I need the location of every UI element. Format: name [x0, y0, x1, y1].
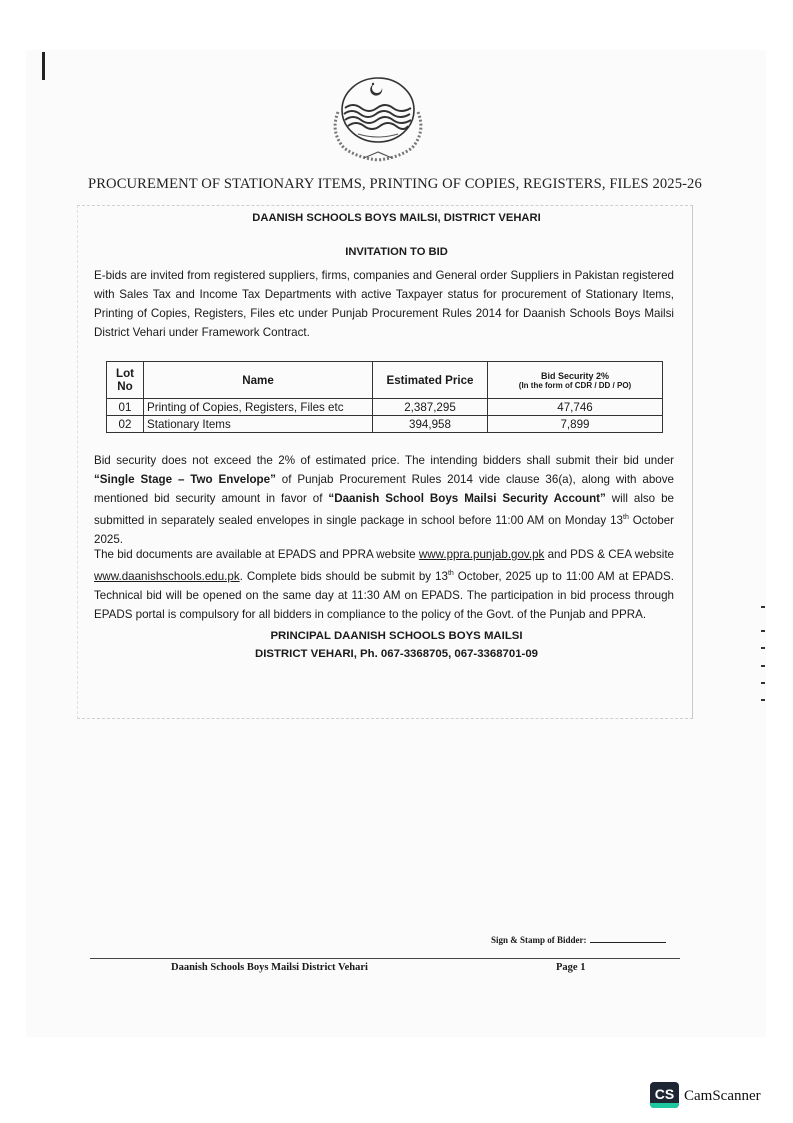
- lot-name: Stationary Items: [144, 416, 373, 433]
- bid-security: 47,746: [488, 399, 663, 416]
- header-estimated-price: Estimated Price: [373, 362, 488, 399]
- text-run: Bid security does not exceed the 2% of e…: [94, 454, 674, 467]
- security-paragraph: Bid security does not exceed the 2% of e…: [94, 451, 674, 549]
- signoff-contact: DISTRICT VEHARI, Ph. 067-3368705, 067-33…: [0, 648, 793, 660]
- text-run: The bid documents are available at EPADS…: [94, 548, 419, 561]
- lots-table: Lot No Name Estimated Price Bid Security…: [106, 361, 663, 433]
- estimated-price: 2,387,295: [373, 399, 488, 416]
- table-row: 01 Printing of Copies, Registers, Files …: [107, 399, 663, 416]
- header-name: Name: [144, 362, 373, 399]
- table-header-row: Lot No Name Estimated Price Bid Security…: [107, 362, 663, 399]
- estimated-price: 394,958: [373, 416, 488, 433]
- table-row: 02 Stationary Items 394,958 7,899: [107, 416, 663, 433]
- footer-school-name: Daanish Schools Boys Mailsi District Veh…: [171, 962, 368, 973]
- header-bid-security-label: Bid Security 2%: [491, 371, 659, 381]
- text-run: . Complete bids should be submit by 13: [240, 570, 448, 583]
- signature-line: [590, 942, 666, 943]
- ppra-website-link[interactable]: www.ppra.punjab.gov.pk: [419, 548, 544, 561]
- security-account-emphasis: “Daanish School Boys Mailsi Security Acc…: [328, 492, 605, 505]
- intro-paragraph: E-bids are invited from registered suppl…: [94, 266, 674, 342]
- documents-paragraph: The bid documents are available at EPADS…: [94, 545, 674, 624]
- daanish-website-link[interactable]: www.daanishschools.edu.pk: [94, 570, 240, 583]
- school-title: DAANISH SCHOOLS BOYS MAILSI, DISTRICT VE…: [0, 212, 793, 224]
- bid-security: 7,899: [488, 416, 663, 433]
- text-run: and PDS & CEA website: [544, 548, 674, 561]
- header-bid-security: Bid Security 2% (In the form of CDR / DD…: [488, 362, 663, 399]
- lot-no: 01: [107, 399, 144, 416]
- sign-stamp-label: Sign & Stamp of Bidder:: [491, 935, 587, 945]
- page-number: Page 1: [556, 962, 585, 973]
- sign-stamp-field: Sign & Stamp of Bidder:: [491, 935, 666, 945]
- scan-edge-mark: [42, 52, 45, 80]
- invitation-title: INVITATION TO BID: [0, 246, 793, 258]
- header-bid-security-sub: (In the form of CDR / DD / PO): [491, 381, 659, 390]
- camscanner-watermark: CamScanner: [684, 1088, 761, 1105]
- lot-name: Printing of Copies, Registers, Files etc: [144, 399, 373, 416]
- header-lot-no: Lot No: [107, 362, 144, 399]
- footer-divider: [90, 958, 680, 959]
- lot-no: 02: [107, 416, 144, 433]
- signoff-title: PRINCIPAL DAANISH SCHOOLS BOYS MAILSI: [0, 630, 793, 642]
- bid-method-emphasis: “Single Stage – Two Envelope”: [94, 473, 276, 486]
- procurement-title: PROCUREMENT OF STATIONARY ITEMS, PRINTIN…: [88, 176, 688, 193]
- punjab-emblem-icon: [318, 72, 438, 167]
- camscanner-logo-icon: CS: [650, 1082, 679, 1108]
